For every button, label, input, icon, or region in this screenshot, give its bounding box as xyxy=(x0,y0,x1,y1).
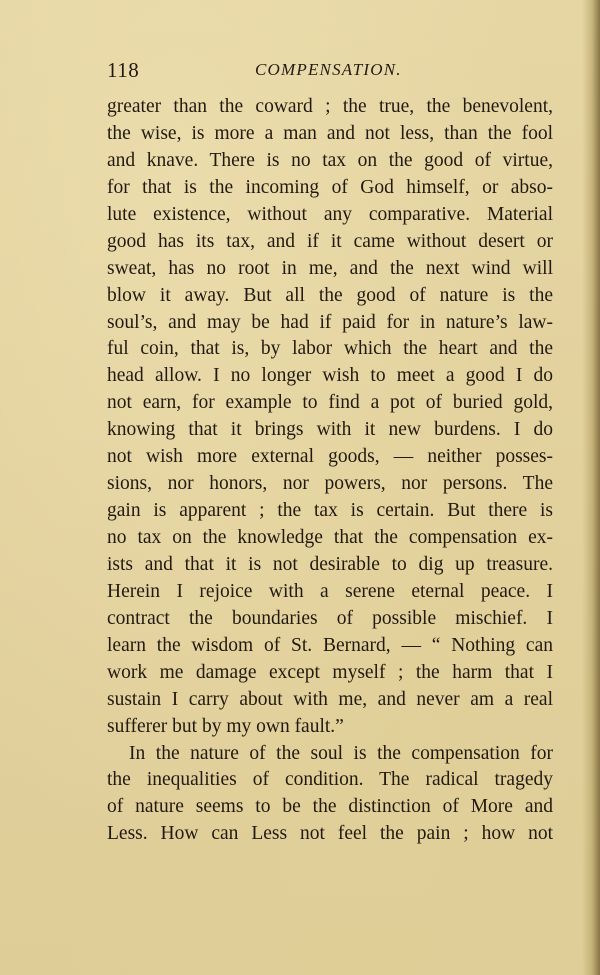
text-line: contract the boundaries of possible misc… xyxy=(107,606,553,633)
text-line: ful coin, that is, by labor which the he… xyxy=(107,336,553,363)
text-line: sweat, has no root in me, and the next w… xyxy=(107,256,553,283)
running-title: COMPENSATION. xyxy=(255,60,402,80)
text-line: learn the wisdom of St. Bernard, — “ Not… xyxy=(107,633,553,660)
text-line: good has its tax, and if it came without… xyxy=(107,229,553,256)
text-line: the inequalities of condition. The radic… xyxy=(107,767,553,794)
text-line: no tax on the knowledge that the compens… xyxy=(107,525,553,552)
text-line: greater than the coward ; the true, the … xyxy=(107,94,553,121)
text-line-paragraph-end: sufferer but by my own fault.” xyxy=(107,714,553,741)
text-line: not wish more external goods, — neither … xyxy=(107,444,553,471)
text-line: Less. How can Less not feel the pain ; h… xyxy=(107,821,553,848)
text-line: the wise, is more a man and not less, th… xyxy=(107,121,553,148)
book-page: 118 COMPENSATION. greater than the cowar… xyxy=(0,0,600,975)
text-line: work me damage except myself ; the harm … xyxy=(107,660,553,687)
body-text: greater than the coward ; the true, the … xyxy=(107,94,553,848)
page-number: 118 xyxy=(107,58,139,83)
text-line: gain is apparent ; the tax is certain. B… xyxy=(107,498,553,525)
text-line: Herein I rejoice with a serene eternal p… xyxy=(107,579,553,606)
text-line: not earn, for example to find a pot of b… xyxy=(107,390,553,417)
text-line: of nature seems to be the distinction of… xyxy=(107,794,553,821)
text-line: knowing that it brings with it new burde… xyxy=(107,417,553,444)
text-line: sions, nor honors, nor powers, nor perso… xyxy=(107,471,553,498)
text-line: soul’s, and may be had if paid for in na… xyxy=(107,310,553,337)
text-line: head allow. I no longer wish to meet a g… xyxy=(107,363,553,390)
binding-shadow xyxy=(582,0,600,975)
text-line-paragraph-start: In the nature of the soul is the compens… xyxy=(107,741,553,768)
text-line: for that is the incoming of God himself,… xyxy=(107,175,553,202)
text-line: sustain I carry about with me, and never… xyxy=(107,687,553,714)
page-header: 118 COMPENSATION. xyxy=(107,58,553,84)
text-line: blow it away. But all the good of nature… xyxy=(107,283,553,310)
text-line: ists and that it is not desirable to dig… xyxy=(107,552,553,579)
text-line: lute existence, without any comparative.… xyxy=(107,202,553,229)
text-line: and knave. There is no tax on the good o… xyxy=(107,148,553,175)
